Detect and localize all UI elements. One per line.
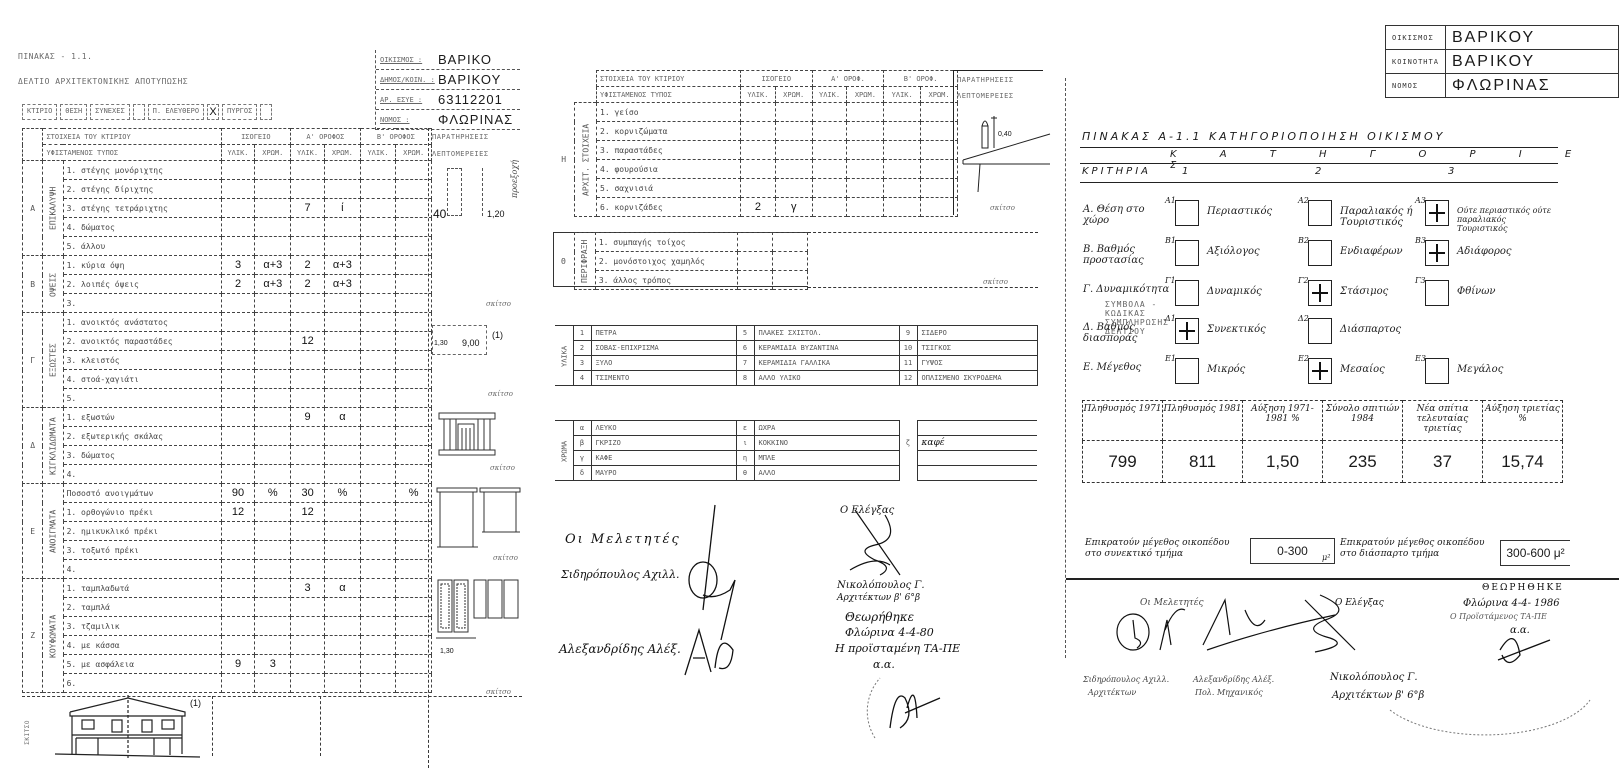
group-name: ΑΡΧΙΤ. ΣΤΟΙΧΕΙΑ (575, 103, 597, 217)
sheet-title: ΔΕΛΤΙΟ ΑΡΧΙΤΕΚΤΟΝΙΚΗΣ ΑΠΟΤΥΠΩΣΗΣ (18, 77, 188, 86)
cell-value[interactable]: 9 (221, 655, 255, 674)
cell-value[interactable] (884, 179, 921, 198)
cell-value[interactable] (740, 160, 775, 179)
cell-value[interactable] (325, 332, 361, 351)
cell-value[interactable]: 3 (255, 655, 291, 674)
remarks-header: ΠΑΡΑΤΗΡΗΣΕΙΣ (432, 133, 489, 141)
cell-value[interactable] (291, 218, 325, 237)
cell-value[interactable]: 12 (221, 503, 255, 522)
element-label: 5. με ασφάλεια (63, 655, 221, 674)
cell-value[interactable] (325, 237, 361, 256)
mid-remarks-header: ΠΑΡΑΤΗΡΗΣΕΙΣ (957, 76, 1014, 84)
cell-value[interactable] (291, 446, 325, 465)
cell-value[interactable] (812, 179, 847, 198)
option-label: Στάσιμος (1340, 286, 1435, 297)
cell-value[interactable]: 3 (221, 256, 255, 275)
elements-header: ΣΤΟΙΧΕΙΑ ΤΟΥ ΚΤΙΡΙΟΥ (597, 71, 741, 87)
cell-value[interactable] (291, 560, 325, 579)
group-letter: Η (553, 103, 575, 217)
cell-value[interactable] (325, 465, 361, 484)
cell-value[interactable] (255, 503, 291, 522)
cell-value[interactable] (396, 199, 432, 218)
cell-value[interactable]: 12 (291, 332, 325, 351)
cell-value[interactable] (325, 180, 361, 199)
cell-value[interactable] (396, 503, 432, 522)
cell-value[interactable] (255, 541, 291, 560)
cell-value[interactable] (255, 199, 291, 218)
cell-value[interactable] (396, 598, 432, 617)
legend-code: γ (573, 451, 591, 466)
cell-value[interactable] (396, 275, 432, 294)
cell-value[interactable] (360, 370, 396, 389)
cell-value[interactable] (396, 674, 432, 693)
cell-value[interactable] (740, 141, 775, 160)
cell-value[interactable] (221, 674, 255, 693)
sketch-label-3: σκίτσο (490, 464, 515, 472)
table-row: 2. ανοικτός παραστάδες12 (23, 332, 432, 351)
cell-value[interactable] (396, 370, 432, 389)
authors-label: Οι Μελετητές (565, 532, 681, 547)
legend-code: 5 (736, 326, 754, 341)
table-row: 6. κορνιζάδες2γ (553, 198, 958, 217)
checkbox-unchecked[interactable] (1175, 240, 1199, 266)
cell-value[interactable] (291, 617, 325, 636)
cell-value[interactable] (255, 579, 291, 598)
legend-row: δΜΑΥΡΟθΑΛΛΟ (555, 466, 1037, 481)
cell-value[interactable]: α (325, 408, 361, 427)
cell-value[interactable] (360, 541, 396, 560)
cell-value[interactable] (291, 674, 325, 693)
cell-value[interactable] (921, 141, 958, 160)
cell-value[interactable] (255, 465, 291, 484)
table-row: 2. ταμπλά (23, 598, 432, 617)
cell-value[interactable] (396, 446, 432, 465)
cell-value[interactable] (291, 161, 325, 180)
stat-header: Αύξηση 1971-1981 % (1243, 401, 1323, 441)
table-row: 2. λοιπές όψεις2α+32α+3 (23, 275, 432, 294)
cell-value[interactable] (921, 198, 958, 217)
element-label: 3. δώματος (63, 446, 221, 465)
element-label: 4. (63, 560, 221, 579)
element-label: 1. ταμπλαδωτά (63, 579, 221, 598)
cell-value[interactable] (255, 617, 291, 636)
type-option-free[interactable]: Π. ΕΛΕΥΘΕΡΟ (148, 104, 204, 120)
cell-value[interactable]: 12 (291, 503, 325, 522)
cell-value[interactable] (738, 252, 773, 271)
right-author-2-title: Πολ. Μηχανικός (1195, 688, 1263, 697)
cell-value[interactable] (221, 180, 255, 199)
cell-value[interactable] (221, 218, 255, 237)
cell-value[interactable] (812, 160, 847, 179)
architectural-elements-table: ΣΤΟΙΧΕΙΑ ΤΟΥ ΚΤΙΡΙΟΥΙΣΟΓΕΙΟΑ' ΟΡΟΦ.Β' ΟΡ… (553, 70, 958, 217)
cell-value[interactable] (396, 180, 432, 199)
legend-text: ΑΛΛΟ ΥΛΙΚΟ (754, 371, 899, 386)
cell-value[interactable] (773, 252, 808, 271)
table-row: 4. με κάσσα (23, 636, 432, 655)
cell-value[interactable] (255, 427, 291, 446)
cell-value[interactable] (360, 180, 396, 199)
cell-value[interactable]: α+3 (325, 256, 361, 275)
type-option-tower[interactable]: ΠΥΡΓΟΣ (222, 104, 257, 120)
cell-value[interactable] (360, 522, 396, 541)
cell-value[interactable] (255, 598, 291, 617)
cell-value[interactable] (884, 122, 921, 141)
legend-extra (917, 421, 1037, 436)
floor-header: Α' ΟΡΟΦ. (812, 71, 884, 87)
subcolumn-header: ΥΛΙΚ. (884, 87, 921, 103)
element-label: 1. ορθογώνιο πρέκι (63, 503, 221, 522)
checkbox-unchecked[interactable] (1425, 358, 1449, 384)
cell-value[interactable]: 90 (221, 484, 255, 503)
cell-value[interactable] (291, 351, 325, 370)
cell-value[interactable]: % (396, 484, 432, 503)
cell-value[interactable] (221, 161, 255, 180)
cell-value[interactable]: 30 (291, 484, 325, 503)
header-row: ΣΤΟΙΧΕΙΑ ΤΟΥ ΚΤΙΡΙΟΥΙΣΟΓΕΙΟΑ' ΟΡΟΦ.Β' ΟΡ… (553, 71, 958, 87)
cell-value[interactable] (221, 199, 255, 218)
checkbox-checked[interactable] (1425, 240, 1449, 266)
option-label: Αξιόλογος (1207, 246, 1302, 257)
cell-value[interactable] (847, 103, 884, 122)
cell-value[interactable] (221, 636, 255, 655)
checkbox-unchecked[interactable] (1175, 358, 1199, 384)
cell-value[interactable] (738, 271, 773, 290)
cell-value[interactable] (396, 465, 432, 484)
cell-value[interactable] (884, 160, 921, 179)
checkbox-unchecked[interactable] (1175, 280, 1199, 306)
cell-value[interactable] (325, 503, 361, 522)
cell-value[interactable] (221, 446, 255, 465)
cell-value[interactable] (255, 294, 291, 313)
checkbox-unchecked[interactable] (1425, 280, 1449, 306)
cell-value[interactable] (360, 484, 396, 503)
cell-value[interactable] (291, 313, 325, 332)
cell-value[interactable] (921, 103, 958, 122)
community-value: ΒΑΡΙΚΟΥ (1445, 50, 1618, 74)
checkbox-tower[interactable] (260, 104, 272, 120)
cell-value[interactable]: % (255, 484, 291, 503)
materials-label: ΥΛΙΚΑ (555, 326, 573, 386)
cell-value[interactable] (773, 271, 808, 290)
cell-value[interactable] (812, 141, 847, 160)
cell-value[interactable] (740, 179, 775, 198)
cell-value[interactable] (360, 655, 396, 674)
mid-sketch-label-1: σκίτσο (990, 204, 1015, 212)
cell-value[interactable] (921, 160, 958, 179)
option-label: Αδιάφορος (1457, 246, 1552, 257)
cell-value[interactable] (291, 180, 325, 199)
cell-value[interactable] (396, 427, 432, 446)
cell-value[interactable] (740, 103, 775, 122)
cell-value[interactable]: 2 (291, 275, 325, 294)
type-option-continuous[interactable]: ΣΥΝΕΧΕΣ (90, 104, 130, 120)
right-official-stamp-icon (1380, 630, 1600, 740)
cell-value[interactable] (396, 617, 432, 636)
cell-value[interactable] (884, 141, 921, 160)
cell-value[interactable] (360, 446, 396, 465)
checkbox-unchecked[interactable] (1175, 200, 1199, 226)
cell-value[interactable] (812, 103, 847, 122)
cell-value[interactable] (255, 522, 291, 541)
settlement-value: ΒΑΡΙΚΟΥ (1445, 26, 1618, 50)
details-header: ΛΕΠΤΟΜΕΡΕΙΕΣ (432, 150, 489, 158)
cell-value[interactable] (221, 522, 255, 541)
roof-detail-dim: 1,20 (487, 209, 505, 219)
cell-value[interactable] (221, 579, 255, 598)
cell-value[interactable] (775, 122, 812, 141)
cell-value[interactable] (360, 598, 396, 617)
cell-value[interactable] (360, 332, 396, 351)
cell-value[interactable]: 2 (221, 275, 255, 294)
cell-value[interactable] (921, 179, 958, 198)
cell-value[interactable] (291, 294, 325, 313)
group-name: ΚΟΥΦΩΜΑΤΑ (43, 579, 63, 693)
checkbox-checked[interactable] (1425, 200, 1449, 226)
legend-text: ΛΕΥΚΟ (591, 421, 736, 436)
table-row: 4. (23, 465, 432, 484)
cell-value[interactable] (360, 161, 396, 180)
cell-value[interactable] (221, 408, 255, 427)
element-label: 2. μονόστοιχος χαμηλός (595, 252, 738, 271)
table-row: 3. τοξωτό πρέκι (23, 541, 432, 560)
cell-value[interactable] (255, 332, 291, 351)
cell-value[interactable] (360, 199, 396, 218)
cell-value[interactable] (775, 103, 812, 122)
cell-value[interactable]: % (325, 484, 361, 503)
checkbox-unchecked[interactable] (1308, 318, 1332, 344)
cell-value[interactable] (396, 655, 432, 674)
cell-value[interactable] (325, 598, 361, 617)
cell-value[interactable]: ί (325, 199, 361, 218)
cell-value[interactable]: 9 (291, 408, 325, 427)
element-label: 6. κορνιζάδες (597, 198, 741, 217)
cell-value[interactable] (360, 465, 396, 484)
cell-value[interactable] (255, 351, 291, 370)
cell-value[interactable] (396, 256, 432, 275)
cell-value[interactable] (221, 598, 255, 617)
cell-value[interactable] (291, 598, 325, 617)
criterion-name: Γ. Δυναμικότητα (1083, 284, 1173, 295)
cell-value[interactable] (360, 218, 396, 237)
cell-value[interactable] (360, 389, 396, 408)
cell-value[interactable] (360, 408, 396, 427)
cell-value[interactable] (291, 522, 325, 541)
cell-value[interactable] (921, 122, 958, 141)
cell-value[interactable] (291, 389, 325, 408)
cell-value[interactable] (360, 294, 396, 313)
cell-value[interactable] (360, 503, 396, 522)
cell-value[interactable] (360, 351, 396, 370)
cell-value[interactable] (255, 389, 291, 408)
cell-value[interactable] (255, 237, 291, 256)
cell-value[interactable] (740, 122, 775, 141)
cell-value[interactable] (738, 233, 773, 252)
author-2-name: Αλεξανδρίδης Αλέξ. (559, 642, 681, 656)
cell-value[interactable] (221, 560, 255, 579)
type-option-position[interactable]: ΘΕΣΗ (60, 104, 87, 120)
cell-value[interactable] (325, 655, 361, 674)
cell-value[interactable] (221, 332, 255, 351)
cell-value[interactable] (396, 351, 432, 370)
cell-value[interactable] (775, 141, 812, 160)
cell-value[interactable] (360, 275, 396, 294)
cell-value[interactable] (255, 180, 291, 199)
cell-value[interactable] (255, 218, 291, 237)
cell-value[interactable] (360, 579, 396, 598)
legend-text: ΤΣΙΜΕΝΤΟ (591, 371, 736, 386)
cell-value[interactable] (255, 446, 291, 465)
subcolumn-header: ΥΛΙΚ. (812, 87, 847, 103)
cell-value[interactable] (221, 465, 255, 484)
cell-value[interactable] (221, 294, 255, 313)
legend-text: ΠΛΑΚΕΣ ΣΧΙΣΤΟΛ. (754, 326, 899, 341)
cell-value[interactable] (325, 351, 361, 370)
checkbox-unchecked[interactable] (1308, 200, 1332, 226)
cell-value[interactable] (221, 351, 255, 370)
cell-value[interactable] (360, 427, 396, 446)
cell-value[interactable]: 2 (740, 198, 775, 217)
cell-value[interactable] (291, 465, 325, 484)
cell-value[interactable] (360, 256, 396, 275)
table-row: ΕΑΝΟΙΓΜΑΤΑΠοσοστό ανοιγμάτων90%30%% (23, 484, 432, 503)
cell-value[interactable] (291, 370, 325, 389)
subcolumn-header: ΥΛΙΚ. (291, 145, 325, 161)
cell-value[interactable] (291, 427, 325, 446)
cell-value[interactable]: α (325, 579, 361, 598)
cell-value[interactable] (291, 541, 325, 560)
cell-value[interactable]: 3 (291, 579, 325, 598)
cell-value[interactable] (812, 198, 847, 217)
cell-value[interactable] (255, 313, 291, 332)
cell-value[interactable] (221, 237, 255, 256)
cell-value[interactable] (396, 408, 432, 427)
cell-value[interactable] (396, 161, 432, 180)
cell-value[interactable]: γ (775, 198, 812, 217)
checkbox-free-checked[interactable]: X (207, 104, 219, 120)
cell-value[interactable] (221, 370, 255, 389)
group-letter: Ζ (23, 579, 43, 693)
cell-value[interactable] (396, 218, 432, 237)
cell-value[interactable] (325, 674, 361, 693)
cell-value[interactable] (255, 408, 291, 427)
cell-value[interactable] (847, 160, 884, 179)
checkbox-checked[interactable] (1308, 280, 1332, 306)
cell-value[interactable] (396, 294, 432, 313)
cell-value[interactable] (325, 370, 361, 389)
cell-value[interactable] (291, 636, 325, 655)
cell-value[interactable] (884, 198, 921, 217)
cell-value[interactable] (847, 141, 884, 160)
cell-value[interactable] (847, 179, 884, 198)
cell-value[interactable] (325, 617, 361, 636)
cell-value[interactable] (221, 617, 255, 636)
legend-row: ΥΛΙΚΑ1ΠΕΤΡΑ5ΠΛΑΚΕΣ ΣΧΙΣΤΟΛ.9ΣΙΔΕΡΟ (555, 326, 1037, 341)
cell-value[interactable] (325, 218, 361, 237)
cell-value[interactable]: α+3 (325, 275, 361, 294)
cell-value[interactable] (360, 560, 396, 579)
cell-value[interactable] (325, 294, 361, 313)
cell-value[interactable]: 2 (291, 256, 325, 275)
table-row: 5. (23, 389, 432, 408)
balcony-dim-2: 9,00 (462, 338, 480, 348)
cell-value[interactable]: 7 (291, 199, 325, 218)
cell-value[interactable] (255, 674, 291, 693)
checkbox-checked[interactable] (1308, 358, 1332, 384)
building-elements-table: ΣΤΟΙΧΕΙΑ ΤΟΥ ΚΤΙΡΙΟΥΙΣΟΓΕΙΟΑ' ΟΡΟΦΟΣΒ' Ο… (22, 128, 432, 693)
cell-value[interactable] (325, 522, 361, 541)
cell-value[interactable] (847, 198, 884, 217)
criterion-name: Β. Βαθμός προστασίας (1083, 244, 1173, 266)
projection-label: προεξοχή (510, 160, 519, 198)
cell-value[interactable] (255, 636, 291, 655)
cell-value[interactable] (221, 313, 255, 332)
cell-value[interactable] (255, 370, 291, 389)
cell-value[interactable] (325, 636, 361, 655)
right-approval-by: Ο Προϊστάμενος ΤΑ-ΠΕ (1450, 612, 1547, 621)
cell-value[interactable] (360, 636, 396, 655)
cell-value[interactable] (325, 541, 361, 560)
cell-value[interactable] (396, 636, 432, 655)
cell-value[interactable] (255, 560, 291, 579)
table-row: 4. (23, 560, 432, 579)
cell-value[interactable] (325, 446, 361, 465)
cell-value[interactable] (884, 103, 921, 122)
table-row: ΘΠΕΡΙΦΡΑΞΗ1. συμπαγής τοίχος (553, 233, 808, 252)
cell-value[interactable] (775, 179, 812, 198)
cell-value[interactable] (396, 313, 432, 332)
cell-value[interactable] (812, 122, 847, 141)
cell-value[interactable] (396, 237, 432, 256)
cell-value[interactable] (221, 541, 255, 560)
cell-value[interactable] (360, 617, 396, 636)
cell-value[interactable] (325, 161, 361, 180)
cell-value[interactable]: α+3 (255, 256, 291, 275)
legend-code: 3 (573, 356, 591, 371)
option-label: Διάσπαρτος (1340, 324, 1435, 335)
cell-value[interactable] (325, 427, 361, 446)
cell-value[interactable] (221, 427, 255, 446)
cell-value[interactable] (291, 237, 325, 256)
type-option-building[interactable]: ΚΤΙΡΙΟ (22, 104, 57, 120)
cell-value[interactable] (325, 389, 361, 408)
legend-code: η (736, 451, 754, 466)
checkbox-checked[interactable] (1175, 318, 1199, 344)
element-label: 1. κύρια όψη (63, 256, 221, 275)
cell-value[interactable] (773, 233, 808, 252)
cell-value[interactable] (396, 522, 432, 541)
cell-value[interactable] (396, 579, 432, 598)
cell-value[interactable] (847, 122, 884, 141)
cell-value[interactable] (325, 313, 361, 332)
cell-value[interactable] (396, 332, 432, 351)
checkbox-unchecked[interactable] (1308, 240, 1332, 266)
cell-value[interactable] (396, 389, 432, 408)
cell-value[interactable] (396, 541, 432, 560)
cell-value[interactable]: α+3 (255, 275, 291, 294)
cell-value[interactable] (360, 237, 396, 256)
cell-value[interactable] (221, 389, 255, 408)
cell-value[interactable] (360, 313, 396, 332)
cell-value[interactable] (325, 560, 361, 579)
criterion-name: Δ. Βαθμός διασποράς (1083, 322, 1173, 344)
cell-value[interactable] (360, 674, 396, 693)
cell-value[interactable] (396, 560, 432, 579)
cell-value[interactable] (775, 160, 812, 179)
cell-value[interactable] (255, 161, 291, 180)
population-stats-table: Πληθυσμός 1971Πληθυσμός 1981Αύξηση 1971-… (1082, 400, 1563, 483)
cell-value[interactable] (291, 655, 325, 674)
checkbox-empty[interactable] (133, 104, 145, 120)
